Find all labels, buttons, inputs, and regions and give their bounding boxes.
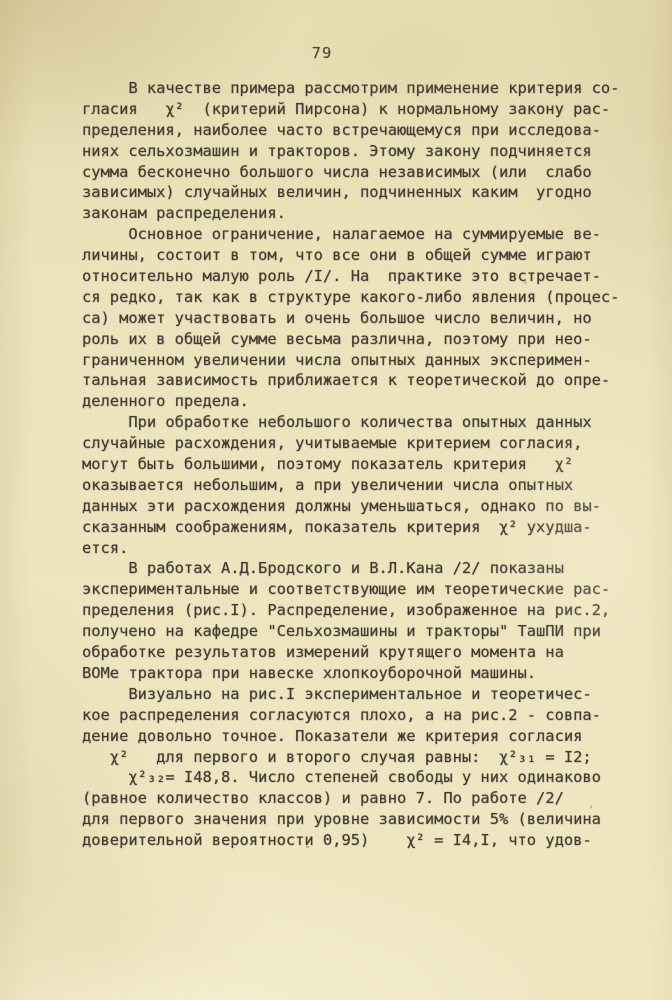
text-line: кое распределения согласуются плохо, а н…: [82, 705, 642, 726]
text-line: (равное количество классов) и равно 7. П…: [82, 788, 642, 809]
text-line: сказанным соображениям, показатель крите…: [82, 517, 642, 538]
text-line: обработке результатов измерений крутящег…: [82, 642, 642, 663]
text-line: ся редко, так как в структуре какого-либ…: [82, 287, 642, 308]
text-line: законам распределения.: [82, 203, 642, 224]
text-line: граниченном увеличении числа опытных дан…: [82, 350, 642, 371]
page-number: 79: [82, 44, 562, 62]
text-line: получено на кафедре "Сельхозмашины и тра…: [82, 621, 642, 642]
text-line: гласия χ² (критерий Пирсона) к нормально…: [82, 99, 642, 120]
body-text: В качестве примера рассмотрим применение…: [82, 78, 642, 851]
text-line: χ²₃₂= I48,8. Число степеней свободы у ни…: [82, 767, 642, 788]
text-line: для первого значения при уровне зависимо…: [82, 809, 642, 830]
text-line: са) может участвовать и очень большое чи…: [82, 308, 642, 329]
text-line: пределения, наиболее часто встречающемус…: [82, 120, 642, 141]
text-line: В работах А.Д.Бродского и В.Л.Кана /2/ п…: [82, 558, 642, 579]
text-line: доверительной вероятности 0,95) χ² = I4,…: [82, 830, 642, 851]
text-line: ется.: [82, 538, 642, 559]
text-line: сумма бесконечно большого числа независи…: [82, 162, 642, 183]
text-line: пределения (рис.I). Распределение, изобр…: [82, 600, 642, 621]
text-line: Основное ограничение, налагаемое на сумм…: [82, 224, 642, 245]
text-line: тальная зависимость приближается к теоре…: [82, 370, 642, 391]
text-line: χ² для первого и второго случая равны: χ…: [82, 747, 642, 768]
text-line: случайные расхождения, учитываемые крите…: [82, 433, 642, 454]
scanned-document-page: 79 В качестве примера рассмотрим примене…: [0, 0, 672, 1000]
text-line: роль их в общей сумме весьма различна, п…: [82, 329, 642, 350]
text-line: ниях сельхозмашин и тракторов. Этому зак…: [82, 141, 642, 162]
text-line: В качестве примера рассмотрим применение…: [82, 78, 642, 99]
text-line: могут быть большими, поэтому показатель …: [82, 454, 642, 475]
text-line: дение довольно точное. Показатели же кри…: [82, 726, 642, 747]
text-line: ВОМе трактора при навеске хлопкоуборочно…: [82, 663, 642, 684]
text-line: данных эти расхождения должны уменьшатьс…: [82, 496, 642, 517]
text-line: При обработке небольшого количества опыт…: [82, 412, 642, 433]
text-line: относительно малую роль /I/. На практике…: [82, 266, 642, 287]
text-line: деленного предела.: [82, 391, 642, 412]
text-line: Визуально на рис.I экспериментальное и т…: [82, 684, 642, 705]
text-line: личины, состоит в том, что все они в общ…: [82, 245, 642, 266]
text-line: экспериментальные и соответствующие им т…: [82, 579, 642, 600]
text-line: зависимых) случайных величин, подчиненны…: [82, 182, 642, 203]
text-line: оказывается небольшим, а при увеличении …: [82, 475, 642, 496]
